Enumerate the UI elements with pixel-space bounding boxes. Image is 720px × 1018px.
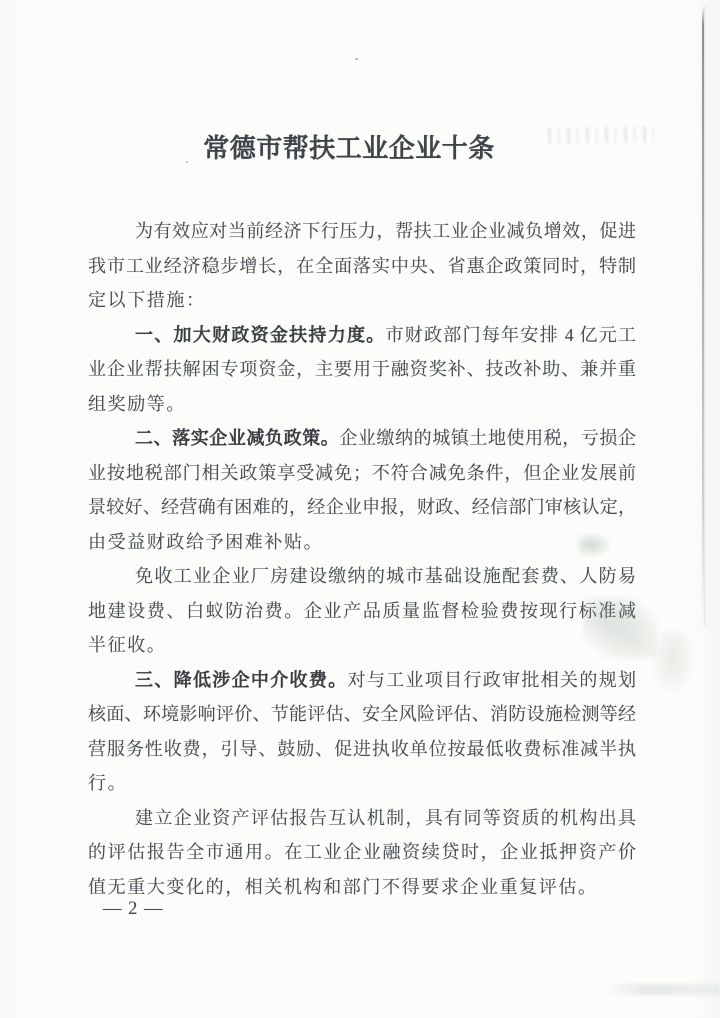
text-line-paragraph-3: 业按地税部门相关政策享受减免；不符合减免条件，但企业发展前	[88, 456, 636, 491]
body-text: 为有效应对当前经济下行压力，帮扶工业企业减负增效，促进	[135, 221, 636, 241]
scan-shadow-band-artifact	[606, 984, 720, 995]
text-line-paragraph-2: 业企业帮扶解困专项资金，主要用于融资奖补、技改补助、兼并重	[88, 352, 636, 387]
bleedthrough-smudge-artifact	[578, 532, 612, 558]
text-line-paragraph-3: 由受益财政给予困难补贴。	[88, 525, 636, 560]
dust-speck-artifact	[355, 58, 358, 60]
text-line-paragraph-6: 值无重大变化的，相关机构和部门不得要求企业重复评估。	[88, 870, 636, 905]
bleedthrough-smudge-artifact	[584, 598, 656, 658]
body-text: 对与工业项目行政审批相关的规划	[348, 670, 636, 690]
ink-bleedthrough-artifact	[548, 126, 654, 144]
body-text: 定以下措施：	[88, 290, 206, 310]
clause-heading-text: 二、落实企业减负政策。	[135, 428, 339, 448]
body-text: 组奖励等。	[88, 394, 186, 414]
clause-heading-text: 一、加大财政资金扶持力度。	[135, 325, 386, 345]
body-text: 营服务性收费，引导、鼓励、促进执收单位按最低收费标准减半执	[88, 739, 636, 759]
document-title: 常德市帮扶工业企业十条	[75, 133, 623, 164]
dust-speck-artifact	[98, 300, 100, 302]
text-line-paragraph-2: 一、加大财政资金扶持力度。市财政部门每年安排 4 亿元工	[88, 318, 636, 353]
text-line-paragraph-6: 的评估报告全市通用。在工业企业融资续贷时，企业抵押资产价	[88, 835, 636, 870]
scanned-document-page: 常德市帮扶工业企业十条 为有效应对当前经济下行压力，帮扶工业企业减负增效，促进我…	[0, 0, 720, 1018]
body-text: 地建设费、白蚁防治费。企业产品质量监督检验费按现行标准减	[88, 601, 636, 621]
text-line-paragraph-5: 核面、环境影响评价、节能评估、安全风险评估、消防设施检测等经	[88, 697, 636, 732]
body-text: 半征收。	[88, 635, 166, 655]
text-line-paragraph-6: 建立企业资产评估报告互认机制，具有同等资质的机构出具	[88, 801, 636, 836]
body-text: 值无重大变化的，相关机构和部门不得要求企业重复评估。	[88, 877, 598, 897]
body-text: 建立企业资产评估报告互认机制，具有同等资质的机构出具	[135, 808, 636, 828]
body-text: 业企业帮扶解困专项资金，主要用于融资奖补、技改补助、兼并重	[88, 359, 636, 379]
text-line-paragraph-1: 为有效应对当前经济下行压力，帮扶工业企业减负增效，促进	[88, 214, 636, 249]
body-text: 景较好、经营确有困难的，经企业申报，财政、经信部门审核认定，	[88, 497, 636, 517]
body-text: 业按地税部门相关政策享受减免；不符合减免条件，但企业发展前	[88, 463, 636, 483]
body-text: 由受益财政给予困难补贴。	[88, 532, 323, 552]
text-line-paragraph-5: 营服务性收费，引导、鼓励、促进执收单位按最低收费标准减半执	[88, 732, 636, 767]
text-line-paragraph-4: 免收工业企业厂房建设缴纳的城市基础设施配套费、人防易	[88, 559, 636, 594]
dust-speck-artifact	[186, 161, 188, 163]
text-line-paragraph-1: 定以下措施：	[88, 283, 636, 318]
text-line-paragraph-5: 行。	[88, 766, 636, 801]
document-body: 为有效应对当前经济下行压力，帮扶工业企业减负增效，促进我市工业经济稳步增长，在全…	[88, 214, 636, 904]
text-line-paragraph-4: 半征收。	[88, 628, 636, 663]
scan-edge-line-artifact	[702, 6, 704, 626]
text-line-paragraph-2: 组奖励等。	[88, 387, 636, 422]
body-text: 核面、环境影响评价、节能评估、安全风险评估、消防设施检测等经	[88, 704, 636, 724]
text-line-paragraph-5: 三、降低涉企中介收费。对与工业项目行政审批相关的规划	[88, 663, 636, 698]
text-line-paragraph-3: 景较好、经营确有困难的，经企业申报，财政、经信部门审核认定，	[88, 490, 636, 525]
bleedthrough-smudge-artifact	[648, 630, 698, 700]
page-number: — 2 —	[103, 899, 164, 920]
body-text: 市财政部门每年安排 4 亿元工	[386, 325, 637, 345]
body-text: 我市工业经济稳步增长，在全面落实中央、省惠企政策同时，特制	[88, 256, 636, 276]
body-text: 免收工业企业厂房建设缴纳的城市基础设施配套费、人防易	[135, 566, 636, 586]
body-text: 的评估报告全市通用。在工业企业融资续贷时，企业抵押资产价	[88, 842, 636, 862]
text-line-paragraph-4: 地建设费、白蚁防治费。企业产品质量监督检验费按现行标准减	[88, 594, 636, 629]
body-text: 企业缴纳的城镇土地使用税，亏损企	[339, 428, 636, 448]
clause-heading-text: 三、降低涉企中介收费。	[135, 670, 348, 690]
body-text: 行。	[88, 773, 127, 793]
text-line-paragraph-3: 二、落实企业减负政策。企业缴纳的城镇土地使用税，亏损企	[88, 421, 636, 456]
text-line-paragraph-1: 我市工业经济稳步增长，在全面落实中央、省惠企政策同时，特制	[88, 249, 636, 284]
